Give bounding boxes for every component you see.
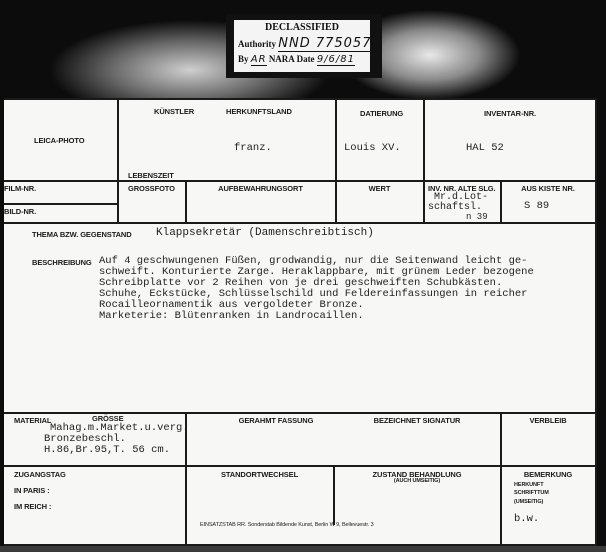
leica-photo-label: LEICA-PHOTO (34, 136, 84, 145)
nara-date-label: NARA Date (269, 54, 315, 64)
aus-kiste-nr-label: AUS KISTE NR. (501, 184, 595, 193)
divider (4, 465, 596, 467)
divider (4, 180, 596, 182)
umseitig-label: (UMSEITIG) (514, 499, 543, 505)
im-reich-label: IM REICH : (14, 502, 51, 511)
by-label: By (238, 54, 249, 64)
kuenstler-label: KÜNSTLER (154, 107, 194, 116)
datierung-label: DATIERUNG (360, 109, 403, 118)
inventar-nr-value: HAL 52 (466, 143, 504, 154)
herkunftsland-label: HERKUNFTSLAND (226, 107, 292, 116)
inv-nr-alte-slg-value-3: n 39 (466, 213, 488, 222)
divider (4, 222, 596, 224)
divider (4, 203, 117, 205)
divider (335, 98, 337, 222)
schrifttum-label: SCHRIFTTUM (514, 490, 549, 496)
herkunftsland-value: franz. (234, 143, 272, 154)
beschreibung-line: Marketerie: Blütenranken in Landrocaille… (99, 311, 364, 322)
lebenszeit-label: LEBENSZEIT (128, 171, 174, 180)
zustand-sublabel: (AUCH UMSEITIG) (334, 478, 500, 484)
by-value: AR (251, 54, 267, 66)
bemerkung-value: b.w. (514, 514, 539, 525)
divider (595, 98, 597, 545)
bild-nr-label: BILD-NR. (4, 207, 36, 216)
aufbewahrungsort-label: AUFBEWAHRUNGSORT (186, 184, 335, 193)
bezeichnet-signatur-label: BEZEICHNET SIGNATUR (334, 416, 500, 425)
material-label: MATERIAL (14, 416, 51, 425)
stamp-title: DECLASSIFIED (234, 22, 370, 33)
divider (117, 98, 119, 222)
bemerkung-label: BEMERKUNG (501, 470, 595, 479)
record-card: LEICA-PHOTO KÜNSTLER HERKUNFTSLAND franz… (4, 98, 596, 545)
in-paris-label: IN PARIS : (14, 486, 50, 495)
standortwechsel-label: STANDORTWECHSEL (186, 470, 333, 479)
authority-label: Authority (238, 39, 276, 49)
footer-imprint: EINSATZSTAB RR. Sonderstab Bildende Kuns… (200, 522, 374, 528)
aus-kiste-nr-value: S 89 (524, 201, 549, 212)
nara-date-value: 9/6/81 (317, 54, 355, 66)
film-nr-label: FILM-NR. (4, 184, 36, 193)
divider (4, 98, 596, 100)
grossfoto-label: GROSSFOTO (128, 184, 175, 193)
verbleib-label: VERBLEIB (501, 416, 595, 425)
zugangstag-label: ZUGANGSTAG (14, 470, 66, 479)
scan-background-bottom (0, 546, 606, 552)
authority-value: NND 775057 (278, 36, 371, 52)
herkunft-label: HERKUNFT (514, 482, 543, 488)
wert-label: WERT (336, 184, 423, 193)
datierung-value: Louis XV. (344, 143, 401, 154)
thema-value: Klappsekretär (Damenschreibtisch) (156, 228, 374, 239)
thema-label: THEMA BZW. GEGENSTAND (32, 230, 132, 239)
declassification-stamp: DECLASSIFIED Authority NND 775057 By AR … (226, 14, 382, 78)
beschreibung-label: BESCHREIBUNG (32, 258, 92, 267)
divider (423, 98, 425, 222)
material-value-3: H.86,Br.95,T. 56 cm. (44, 445, 170, 456)
inventar-nr-label: INVENTAR-NR. (484, 109, 536, 118)
